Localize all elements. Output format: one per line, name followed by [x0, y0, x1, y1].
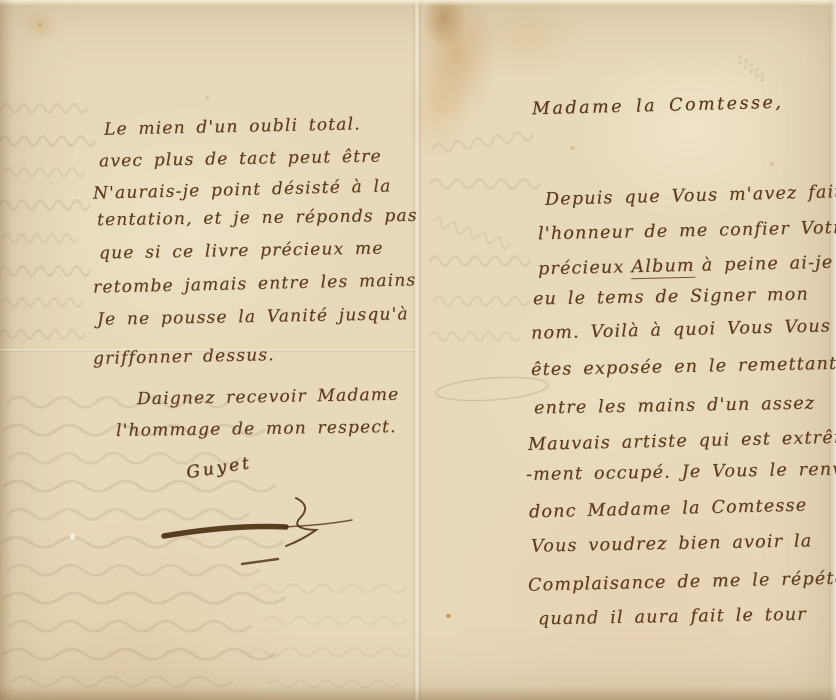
- paper-edge-left: [0, 0, 13, 700]
- manuscript-line: donc Madame la Comtesse: [529, 496, 808, 523]
- manuscript-line: Le mien d'un oubli total.: [104, 114, 361, 139]
- foxing-spot: [570, 146, 575, 150]
- album-line-pre: précieux: [538, 257, 625, 279]
- paper-edge-top: [0, 0, 836, 6]
- manuscript-line: Mauvais artiste qui est extrême-: [528, 427, 836, 455]
- manuscript-line-album: précieuxAlbumà peine ai-je: [538, 253, 834, 280]
- foxing-spot: [770, 162, 774, 166]
- foxing-spot: [446, 614, 451, 618]
- manuscript-line: Je ne pousse la Vanité jusqu'à: [97, 304, 409, 329]
- paper-edge-bottom: [0, 685, 836, 700]
- signature: Guyet: [185, 453, 253, 483]
- manuscript-line: quand il aura fait le tour: [538, 605, 807, 630]
- manuscript-line: avec plus de tact peut être: [99, 147, 382, 172]
- foxing-spot: [38, 23, 42, 26]
- manuscript-line: Complaisance de me le répéter: [528, 568, 836, 595]
- manuscript-line: êtes exposée en le remettant: [531, 354, 836, 380]
- salutation: Madame la Comtesse,: [532, 93, 784, 120]
- manuscript-line: l'honneur de me confier Votre: [538, 218, 836, 245]
- manuscript-line: griffonner dessus.: [93, 345, 275, 369]
- manuscript-line: nom. Voilà à quoi Vous Vous: [531, 316, 831, 343]
- manuscript-line: N'aurais-je point désisté à la: [93, 176, 392, 203]
- manuscript-line: Depuis que Vous m'avez fait: [545, 182, 836, 210]
- foxing-spot: [206, 96, 209, 99]
- manuscript-line: Vous voudrez bien avoir la: [531, 531, 813, 556]
- foxing-spot: [70, 533, 75, 540]
- album-line-post: à peine ai-je: [702, 253, 834, 276]
- manuscript-line: retombe jamais entre les mains: [93, 270, 417, 297]
- manuscript-line: entre les mains d'un assez: [534, 394, 815, 419]
- manuscript-line: tentation, et je ne réponds pas: [97, 206, 418, 230]
- manuscript-letter-photo: Le mien d'un oubli total. avec plus de t…: [0, 0, 836, 700]
- manuscript-line: -ment occupé. Je Vous le renvoie: [526, 459, 836, 485]
- album-underlined-word: Album: [631, 256, 695, 279]
- manuscript-line: que si ce livre précieux me: [99, 239, 384, 264]
- closing-line: l'hommage de mon respect.: [116, 417, 397, 441]
- paper-edge-right: [829, 0, 836, 700]
- closing-line: Daignez recevoir Madame: [137, 385, 400, 410]
- manuscript-line: eu le tems de Signer mon: [533, 285, 809, 310]
